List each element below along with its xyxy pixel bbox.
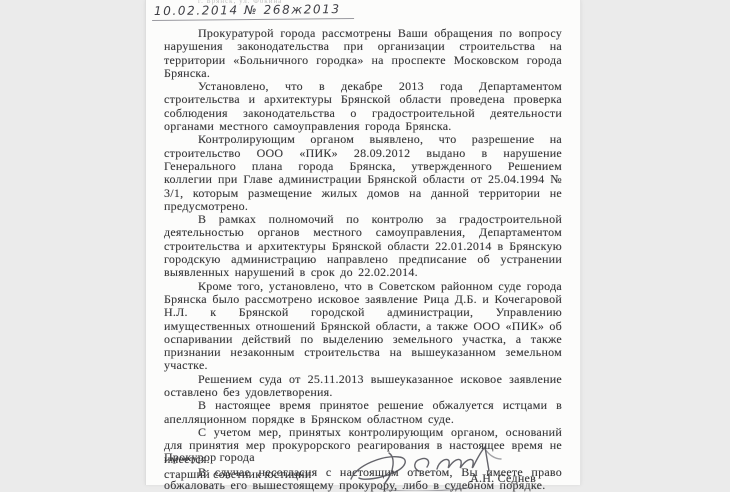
scan-background: г. Брянск, ул. Фокина 10.02.2014 № 268ж2… [0, 0, 730, 485]
document-page: г. Брянск, ул. Фокина 10.02.2014 № 268ж2… [145, 0, 581, 485]
signer-titles: Прокурор города старший советник юстиции [164, 449, 312, 483]
paragraph: В настоящее время принятое решение обжал… [164, 399, 562, 426]
paragraph: В рамках полномочий по контролю за градо… [164, 213, 562, 279]
signer-name: А.Н. Седнев [470, 470, 536, 485]
paragraph: Установлено, что в декабре 2013 года Деп… [164, 80, 562, 133]
signature-block: Прокурор города старший советник юстиции… [164, 449, 566, 483]
letter-body: Прокуратурой города рассмотрены Ваши обр… [164, 27, 562, 485]
paragraph: Контролирующим органом выявлено, что раз… [164, 133, 562, 213]
signer-title-rank: старший советник юстиции [164, 466, 312, 483]
signer-title-position: Прокурор города [164, 449, 312, 466]
handwritten-date-number: 10.02.2014 № 268ж2013 [152, 2, 354, 21]
paragraph: Решением суда от 25.11.2013 вышеуказанно… [164, 373, 562, 400]
paragraph: Прокуратурой города рассмотрены Ваши обр… [164, 27, 562, 80]
paragraph: Кроме того, установлено, что в Советском… [164, 280, 562, 373]
